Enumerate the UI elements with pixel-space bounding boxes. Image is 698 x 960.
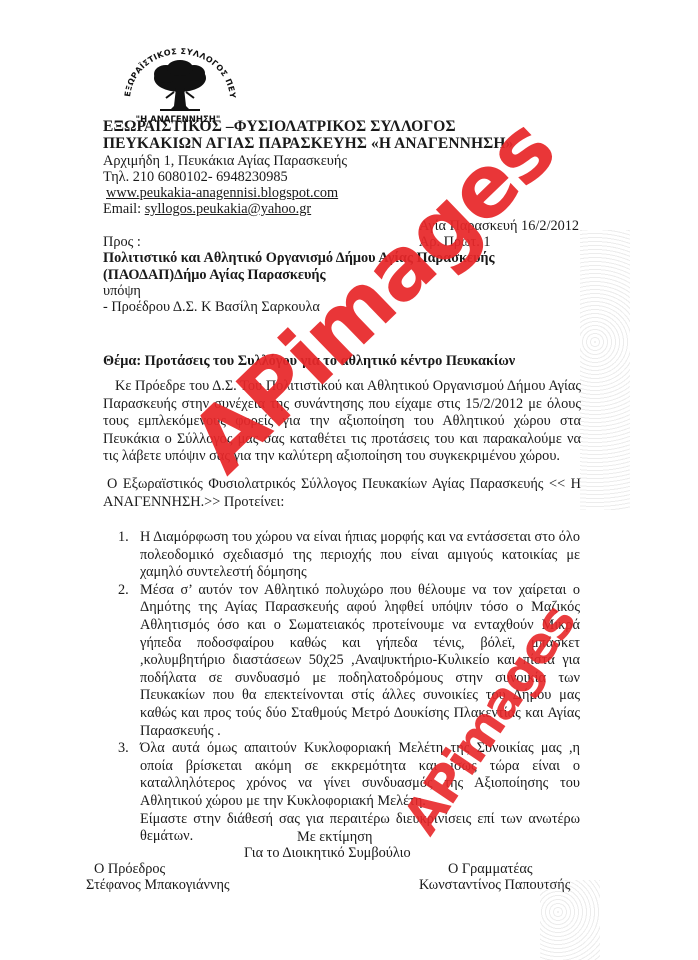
president-title: Ο Πρόεδρος [94, 861, 165, 878]
proposal-item: 2. Μέσα σ’ αυτόν τον Αθλητικό πολυχώρο π… [118, 582, 580, 740]
email-label: Email: [103, 201, 145, 217]
website-link[interactable]: www.peukakia-anagennisi.blogspot.com [106, 185, 338, 202]
subject-line: Θέμα: Προτάσεις του Συλλόγου για το αθλη… [103, 353, 515, 370]
proposal-number: 1. [118, 529, 129, 547]
for-board: Για το Διοικητικό Συμβούλιο [244, 845, 411, 862]
recipient-line1: Πολιτιστικό και Αθλητικό Οργανισμό Δήμου… [103, 250, 495, 267]
president-name: Στέφανος Μπακογιάννης [86, 877, 230, 894]
proposal-text: Η Διαμόρφωση του χώρου να είναι ήπιας μο… [140, 529, 580, 580]
proposal-number: 2. [118, 582, 129, 600]
proposals-list: 1. Η Διαμόρφωση του χώρου να είναι ήπιας… [118, 529, 580, 846]
protocol-number: Αρ. Πρωτ. 1 [419, 234, 491, 251]
proposal-item: 1. Η Διαμόρφωση του χώρου να είναι ήπιας… [118, 529, 580, 582]
org-address: Αρχιμήδη 1, Πευκάκια Αγίας Παρασκευής [103, 153, 347, 170]
proposal-text: Μέσα σ’ αυτόν τον Αθλητικό πολυχώρο που … [140, 582, 580, 739]
attention-name: - Προέδρου Δ.Σ. Κ Βασίλη Σαρκουλα [103, 299, 320, 316]
association-logo: ΕΞΩΡΑΪΣΤΙΚΟΣ ΣΥΛΛΟΓΟΣ ΠΕΥΚΑΚΙΩΝ "Η ΑΝΑΓΕ… [108, 38, 248, 126]
org-name-line1: ΕΞΩΡΑΙΣΤΙΚΟΣ –ΦΥΣΙΟΛΑΤΡΙΚΟΣ ΣΥΛΛΟΓΟΣ [103, 118, 456, 136]
recipient-line2: (ΠΑΟΔΑΠ)Δήμο Αγίας Παρασκευής [103, 267, 326, 284]
secretary-title: Ο Γραμματέας [448, 861, 533, 878]
place-date: Αγία Παρασκευή 16/2/2012 [419, 218, 579, 235]
regards: Με εκτίμηση [297, 829, 372, 846]
proposal-number: 3. [118, 740, 129, 758]
email-link[interactable]: syllogos.peukakia@yahoo.gr [145, 201, 311, 217]
scan-noise [580, 230, 630, 510]
org-name-line2: ΠΕΥΚΑΚΙΩΝ ΑΓΙΑΣ ΠΑΡΑΣΚΕΥΗΣ «Η ΑΝΑΓΕΝΝΗΣΗ… [103, 135, 513, 153]
attention-label: υπόψη [103, 283, 141, 300]
email-row: Email: syllogos.peukakia@yahoo.gr [103, 201, 311, 218]
intro-paragraph: Κε Πρόεδρε του Δ.Σ. Του Πολιτιστικού και… [103, 378, 581, 466]
scan-noise [540, 880, 600, 960]
to-label: Προς : [103, 234, 141, 251]
tree-icon [154, 60, 206, 111]
org-phone: Τηλ. 210 6080102- 6948230985 [103, 169, 288, 186]
letter-page: ΕΞΩΡΑΪΣΤΙΚΟΣ ΣΥΛΛΟΓΟΣ ΠΕΥΚΑΚΙΩΝ "Η ΑΝΑΓΕ… [0, 0, 698, 960]
proposal-text: Όλα αυτά όμως απαιτούν Κυκλοφοριακή Μελέ… [140, 740, 580, 809]
proposes-paragraph: Ο Εξωραϊστικός Φυσιολατρικός Σύλλογος Πε… [103, 476, 581, 511]
